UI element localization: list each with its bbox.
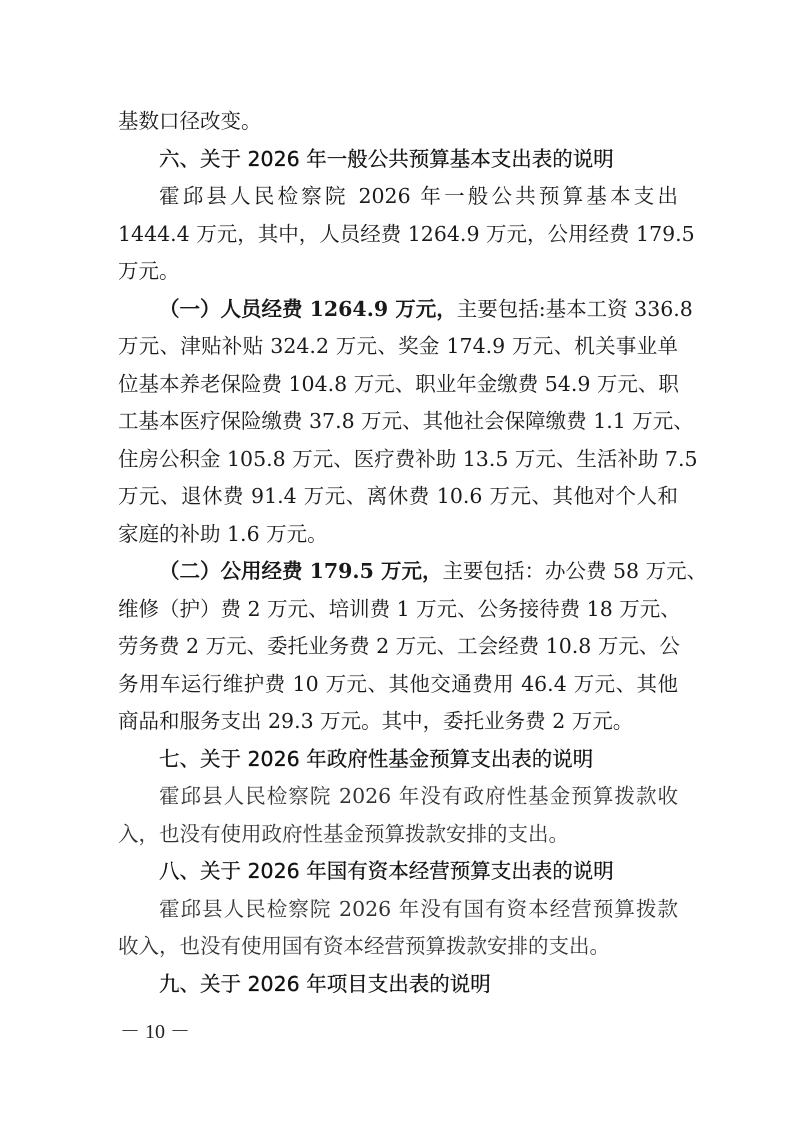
paragraph-line: 1444.4 万元，其中，人员经费 1264.9 万元，公用经费 179.5 <box>118 216 678 254</box>
paragraph-line: 工基本医疗保险缴费 37.8 万元、其他社会保障缴费 1.1 万元、 <box>118 403 678 441</box>
document-page: 基数口径改变。 六、关于 2026 年一般公共预算基本支出表的说明 霍邱县人民检… <box>118 103 678 1003</box>
paragraph-line: 劳务费 2 万元、委托业务费 2 万元、工会经费 10.8 万元、公 <box>118 628 678 666</box>
subsection-personnel-rest: 主要包括:基本工资 336.8 <box>457 297 693 321</box>
subsection-personnel-lead: （一）人员经费 1264.9 万元， <box>159 297 457 321</box>
paragraph-line: 万元、退休费 91.4 万元、离休费 10.6 万元、其他对个人和 <box>118 478 678 516</box>
paragraph-line: 入，也没有使用政府性基金预算拨款安排的支出。 <box>118 816 678 854</box>
paragraph-line: 万元。 <box>118 253 678 291</box>
paragraph-line: 位基本养老保险费 104.8 万元、职业年金缴费 54.9 万元、职 <box>118 366 678 404</box>
paragraph-line: 霍邱县人民检察院 2026 年没有政府性基金预算拨款收 <box>118 778 678 816</box>
page-number: － 10 － <box>120 1015 190 1044</box>
section-heading-seven: 七、关于 2026 年政府性基金预算支出表的说明 <box>118 741 678 779</box>
section-heading-six: 六、关于 2026 年一般公共预算基本支出表的说明 <box>118 141 678 179</box>
subsection-public-first-line: （二）公用经费 179.5 万元，主要包括：办公费 58 万元、 <box>118 553 678 591</box>
paragraph-line: 务用车运行维护费 10 万元、其他交通费用 46.4 万元、其他 <box>118 666 678 704</box>
paragraph-line: 商品和服务支出 29.3 万元。其中，委托业务费 2 万元。 <box>118 703 678 741</box>
subsection-public-rest: 主要包括：办公费 58 万元、 <box>442 559 707 583</box>
subsection-public-lead: （二）公用经费 179.5 万元， <box>159 559 442 583</box>
section-heading-nine: 九、关于 2026 年项目支出表的说明 <box>118 966 678 1004</box>
paragraph-line: 家庭的补助 1.6 万元。 <box>118 516 678 554</box>
paragraph-line: 万元、津贴补贴 324.2 万元、奖金 174.9 万元、机关事业单 <box>118 328 678 366</box>
paragraph-line: 住房公积金 105.8 万元、医疗费补助 13.5 万元、生活补助 7.5 <box>118 441 678 479</box>
paragraph-line: 霍邱县人民检察院 2026 年一般公共预算基本支出 <box>118 178 678 216</box>
subsection-personnel-first-line: （一）人员经费 1264.9 万元，主要包括:基本工资 336.8 <box>118 291 678 329</box>
paragraph-line: 收入，也没有使用国有资本经营预算拨款安排的支出。 <box>118 928 678 966</box>
paragraph-line: 维修（护）费 2 万元、培训费 1 万元、公务接待费 18 万元、 <box>118 591 678 629</box>
continuation-text: 基数口径改变。 <box>118 103 678 141</box>
paragraph-line: 霍邱县人民检察院 2026 年没有国有资本经营预算拨款 <box>118 891 678 929</box>
section-heading-eight: 八、关于 2026 年国有资本经营预算支出表的说明 <box>118 853 678 891</box>
